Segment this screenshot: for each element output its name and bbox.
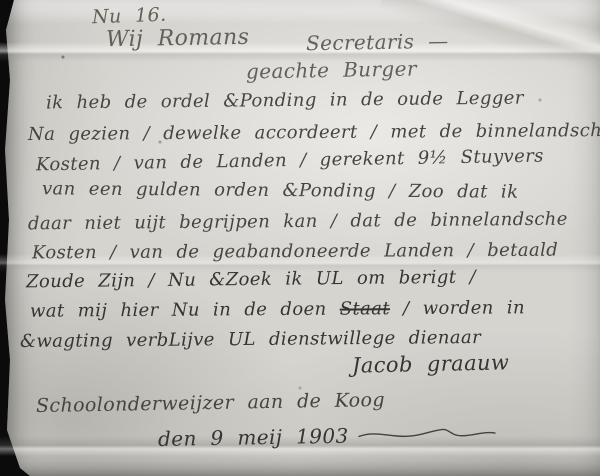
body-line: Kosten / van de geabandoneerde Landen / … xyxy=(32,240,558,264)
addressee-name: Wij Romans xyxy=(106,25,250,52)
signature: Jacob graauw xyxy=(352,350,510,377)
flourish-swash-icon xyxy=(356,425,496,443)
addressee-title: Secretaris — xyxy=(306,29,449,55)
corrected-line-after: / worden in xyxy=(390,297,525,319)
date-text: den 9 meij 1903 xyxy=(158,424,349,451)
body-line: Na gezien / dewelke accordeert / met de … xyxy=(28,120,600,145)
salutation: geachte Burger xyxy=(246,57,417,84)
body-line-with-correction: wat mij hier Nu in de doen Staat / worde… xyxy=(30,297,525,321)
letter-number: Nu 16. xyxy=(92,4,167,29)
corrected-line-before: wat mij hier Nu in de doen xyxy=(30,299,340,322)
body-line: van een gulden orden &Ponding / Zoo dat … xyxy=(42,178,519,202)
closing-line: &wagting verbLijve UL dienstwillege dien… xyxy=(20,327,481,352)
struck-word: Staat xyxy=(340,298,390,319)
letter-photo: Nu 16. Wij Romans Secretaris — geachte B… xyxy=(0,0,600,476)
